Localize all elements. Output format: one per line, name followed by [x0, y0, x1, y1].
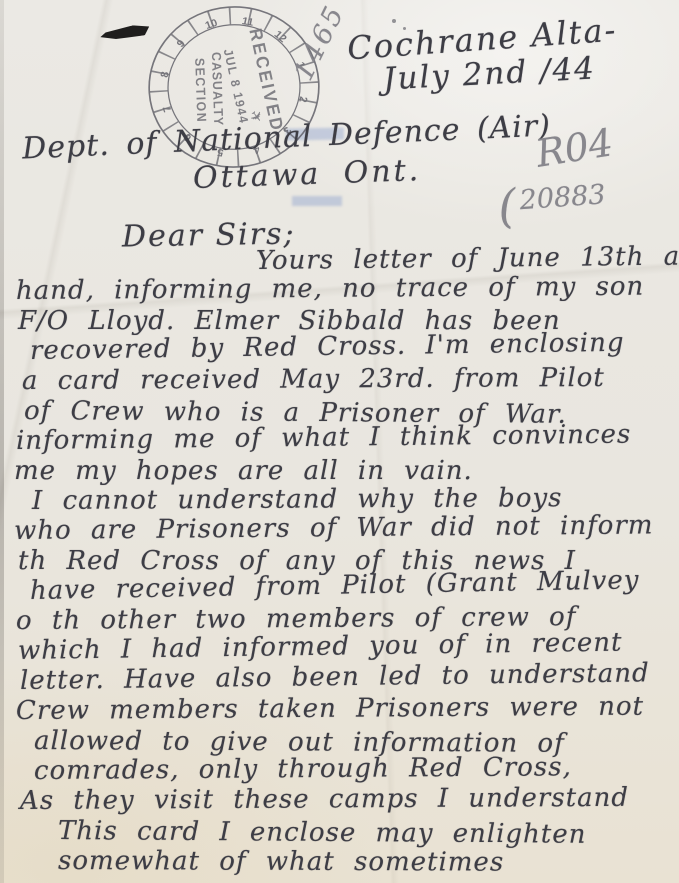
- body-line: hand, informing me, no trace of my son: [16, 271, 677, 306]
- letter-body: Yours letter of June 13th at hand, infor…: [10, 246, 677, 876]
- recipient-line-2: Ottawa Ont.: [192, 153, 421, 196]
- dial-number: 9: [175, 38, 188, 50]
- body-line: informing me of what I think convinces: [16, 419, 677, 456]
- dial-number: 11: [241, 15, 255, 29]
- file-number-annotation: (20883: [496, 172, 607, 233]
- stamp-casualty-text: CASUALTY: [209, 52, 227, 127]
- letter-page: 1 2 3 4 5 6 7 8 9 10 11 12 RECEIVED ✈ JU…: [0, 0, 679, 883]
- body-line: who are Prisoners of War did not inform: [14, 510, 677, 546]
- dial-number: 7: [161, 104, 175, 113]
- body-line: Crew members taken Prisoners were not: [16, 691, 677, 726]
- scan-edge-shadow: [0, 0, 4, 883]
- dial-number: 12: [272, 29, 289, 45]
- dial-number: 10: [204, 17, 220, 32]
- body-line: a card received May 23rd. from Pilot: [22, 363, 677, 396]
- bleed-through-mark: [292, 196, 342, 206]
- file-number: 20883: [519, 179, 607, 216]
- stamp-section-text: SECTION: [192, 58, 210, 124]
- body-line: As they visit these camps I understand: [20, 783, 677, 816]
- ink-speck: [392, 19, 396, 23]
- body-line: This card I enclose may enlighten: [58, 816, 677, 850]
- body-line: me my hopes are all in vain.: [14, 456, 677, 486]
- body-line: somewhat of what sometimes: [58, 846, 677, 878]
- body-line: comrades, only through Red Cross,: [34, 752, 677, 786]
